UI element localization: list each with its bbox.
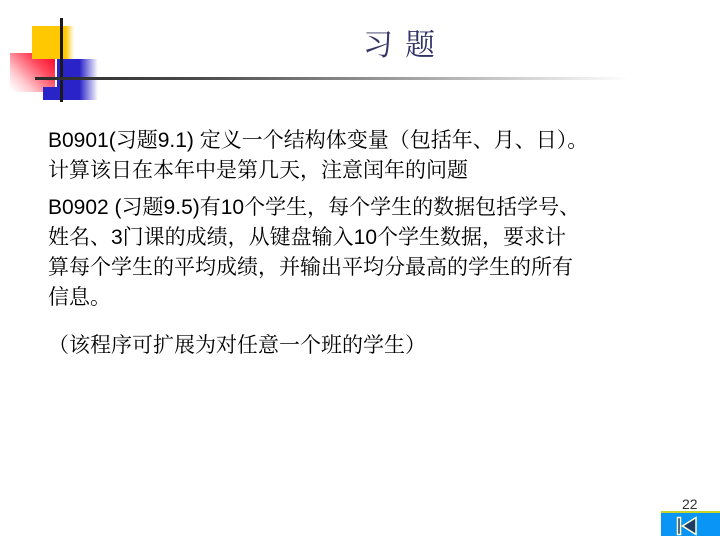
body-line: 计算该日在本年中是第几天，注意闰年的问题 <box>48 156 688 186</box>
body-line: 姓名、3门课的成绩，从键盘输入10个学生数据，要求计 <box>48 223 688 253</box>
body-line: B0902 (习题9.5)有10个学生，每个学生的数据包括学号、 <box>48 193 688 223</box>
slide-body: B0901(习题9.1) 定义一个结构体变量（包括年、月、日）。 计算该日在本年… <box>48 126 688 361</box>
deco-yellow-square <box>32 26 74 59</box>
page-number: 22 <box>682 496 698 512</box>
deco-horizontal-line <box>35 77 680 80</box>
paragraph-note: （该程序可扩展为对任意一个班的学生） <box>48 331 688 361</box>
deco-vertical-line <box>60 18 63 102</box>
body-line: B0901(习题9.1) 定义一个结构体变量（包括年、月、日）。 <box>48 126 688 156</box>
deco-blue-notch <box>43 87 60 100</box>
paragraph-b0902: B0902 (习题9.5)有10个学生，每个学生的数据包括学号、 姓名、3门课的… <box>48 193 688 313</box>
back-to-start-button[interactable] <box>661 511 720 536</box>
body-line: 算每个学生的平均成绩，并输出平均分最高的学生的所有 <box>48 253 688 283</box>
slide: 习 题 B0901(习题9.1) 定义一个结构体变量（包括年、月、日）。 计算该… <box>0 0 720 540</box>
skip-to-start-icon <box>661 516 720 536</box>
slide-title: 习 题 <box>80 20 720 64</box>
paragraph-b0901: B0901(习题9.1) 定义一个结构体变量（包括年、月、日）。 计算该日在本年… <box>48 126 688 186</box>
body-line: （该程序可扩展为对任意一个班的学生） <box>48 331 688 361</box>
body-line: 信息。 <box>48 283 688 313</box>
